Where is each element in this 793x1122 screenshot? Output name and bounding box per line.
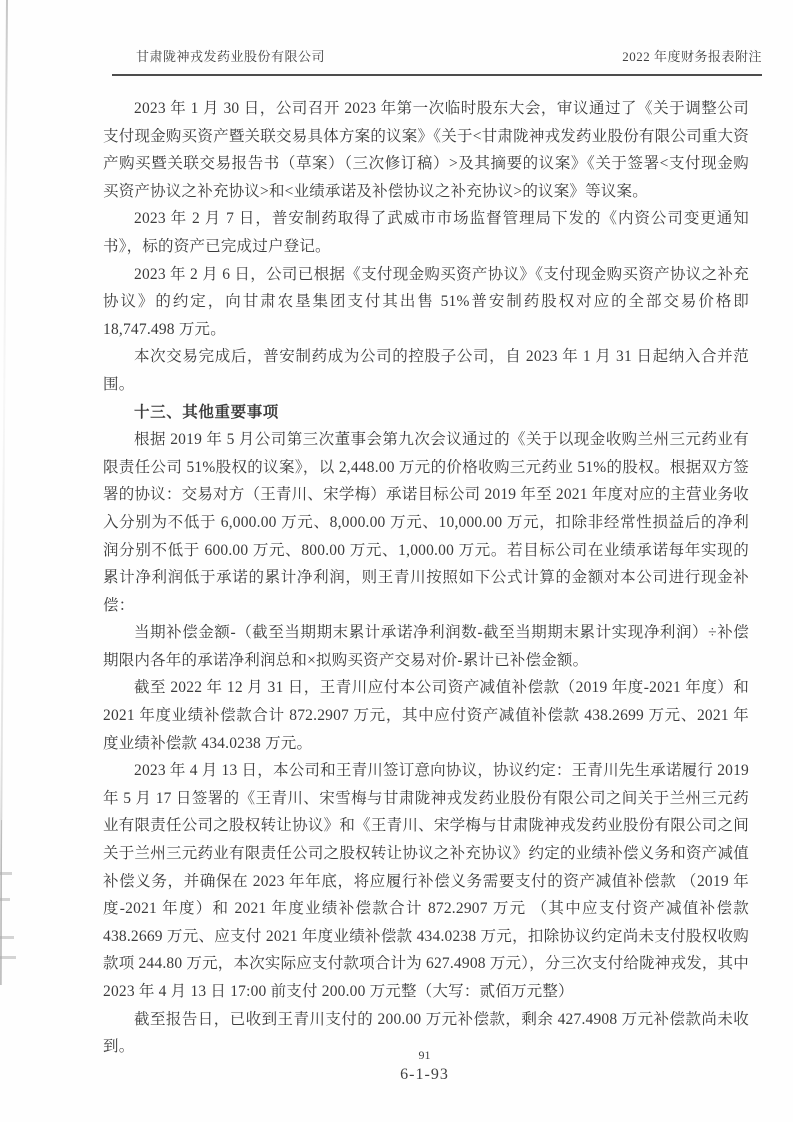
page-number: 91 — [28, 1048, 793, 1063]
paragraph-shareholder-meeting: 2023 年 1 月 30 日，公司召开 2023 年第一次临时股东大会，审议通… — [103, 95, 749, 205]
document-body: 2023 年 1 月 30 日，公司召开 2023 年第一次临时股东大会，审议通… — [103, 95, 749, 1061]
paragraph-compensation-payable: 截至 2022 年 12 月 31 日，王青川应付本公司资产减值补偿款（2019… — [103, 674, 749, 757]
scan-artifact-tick — [0, 898, 10, 901]
document-page-code: 6-1-93 — [28, 1066, 793, 1084]
company-name: 甘肃陇神戎发药业股份有限公司 — [136, 46, 325, 65]
page-header: 甘肃陇神戎发药业股份有限公司 2022 年度财务报表附注 — [112, 46, 762, 76]
scan-artifact-tick — [0, 956, 16, 959]
paragraph-intent-agreement: 2023 年 4 月 13 日，本公司和王青川签订意向协议，协议约定：王青川先生… — [103, 757, 749, 1005]
paragraph-consolidation: 本次交易完成后，普安制药成为公司的控股子公司，自 2023 年 1 月 31 日… — [103, 343, 749, 398]
scan-artifact-tick — [0, 872, 12, 875]
scan-artifact-tick — [0, 936, 14, 939]
document-page: 甘肃陇神戎发药业股份有限公司 2022 年度财务报表附注 2023 年 1 月 … — [0, 0, 793, 1122]
paragraph-payment: 2023 年 2 月 6 日，公司已根据《支付现金购买资产协议》《支付现金购买资… — [103, 261, 749, 344]
paragraph-compensation-formula: 当期补偿金额-（截至当期期末累计承诺净利润数-截至当期期末累计实现净利润）÷补偿… — [103, 619, 749, 674]
scan-artifact-line — [1, 820, 2, 985]
paragraph-change-notice: 2023 年 2 月 7 日，普安制药取得了武威市市场监督管理局下发的《内资公司… — [103, 205, 749, 260]
section-heading-other-important-matters: 十三、其他重要事项 — [103, 399, 749, 427]
report-title: 2022 年度财务报表附注 — [622, 46, 762, 65]
paragraph-acquisition-agreement: 根据 2019 年 5 月公司第三次董事会第九次会议通过的《关于以现金收购兰州三… — [103, 426, 749, 619]
